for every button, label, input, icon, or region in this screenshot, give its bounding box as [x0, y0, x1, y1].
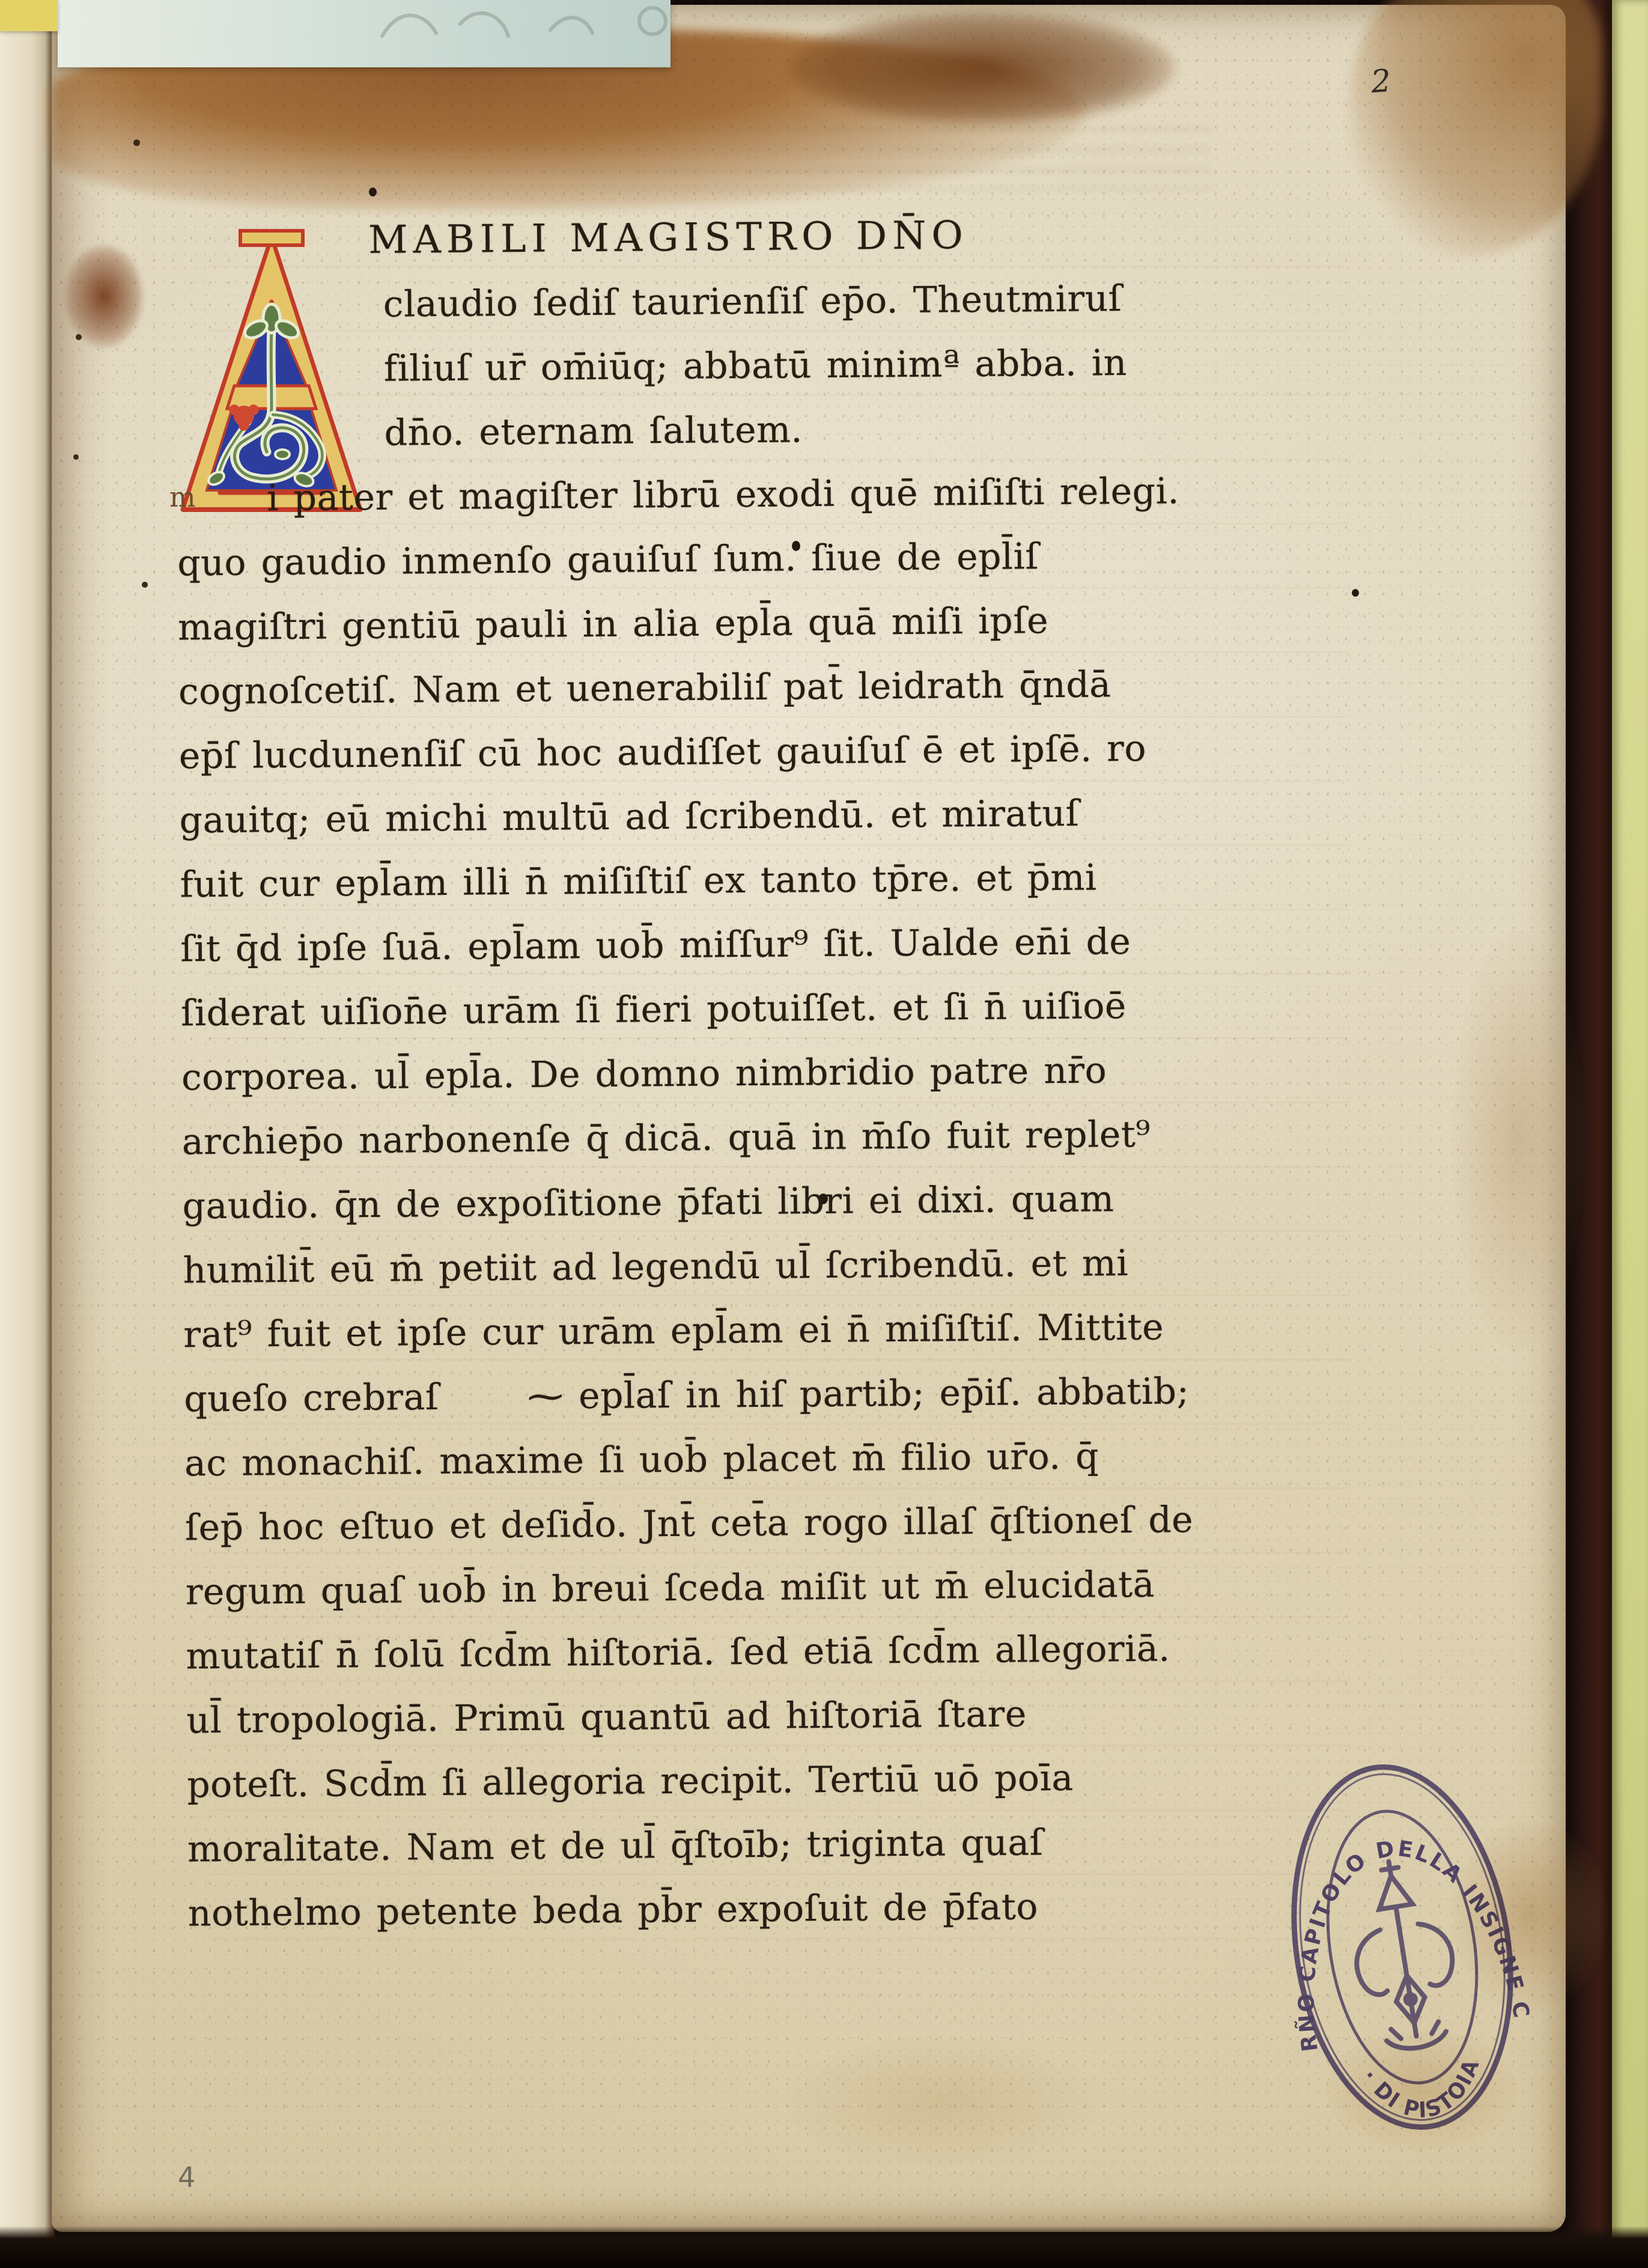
text-line: rat⁹ fuit et ipſe cur urām epl̄am ei n̄ … — [183, 1294, 1325, 1368]
text-line: claudio ſediſ taurienſiſ ep̄o. Theutmiru… — [383, 266, 1318, 337]
text-line: i pater et magiſter librū exodi quē miſi… — [267, 459, 1319, 531]
background-mat — [1612, 0, 1648, 2268]
text-line: filiuſ ur̄ om̄iūq; abbatū minimª abba. i… — [383, 330, 1318, 401]
paper-slip — [58, 0, 670, 67]
underlying-page-edge — [0, 0, 55, 2268]
text-line: ul̄ tropologiā. Primū quantū ad hiſtoriā… — [186, 1680, 1328, 1754]
text-line: regum quaſ uob̄ in breui ſceda miſit ut … — [185, 1552, 1327, 1625]
folio-number: 2 — [1370, 63, 1392, 100]
text-line: ſiderat uiſion̄e urām ſi fieri potuiſſet… — [181, 973, 1323, 1046]
text-line: magiſtri gentiū pauli in alia epl̄a quā … — [178, 587, 1320, 660]
text-line: queſo crebraſ ⁓ epl̄aſ in hiſ partib; ep… — [184, 1359, 1326, 1432]
text-line: gauitq; eū michi multū ad ſcribendū. et … — [179, 780, 1321, 853]
text-line: archiep̄o narbonenſe q̄ dicā. quā in m̄ſ… — [181, 1102, 1324, 1175]
text-line: poteſt. Scd̄m ſi allegoria recipit. Tert… — [187, 1745, 1329, 1818]
margin-dot — [142, 582, 148, 588]
text-line: corporea. ul̄ epl̄a. De domno nimbridio … — [181, 1037, 1324, 1111]
ink-speck — [369, 187, 377, 197]
text-line: fuit cur epl̄am illi n̄ miſiſtiſ ex tant… — [180, 844, 1322, 918]
text-line: gaudio. q̄n de expoſitione p̄fati libri … — [182, 1166, 1324, 1239]
text-line: ſep̄ hoc eſtuo et deſid̄o. Jnt̄ cet̄a ro… — [184, 1487, 1327, 1561]
text-line: humilit̄ eū m̄ petiit ad legendū ul̄ ſcr… — [183, 1230, 1325, 1303]
manuscript-page: 2 — [52, 5, 1566, 2232]
manuscript-photo: 2 — [0, 0, 1648, 2268]
margin-dot — [73, 454, 79, 460]
text-line: ep̄ſ lucdunenſiſ cū hoc audiſſet gauiſuſ… — [178, 716, 1321, 789]
margin-dot — [133, 139, 140, 146]
text-line: dn̄o. eternam ſalutem. — [384, 394, 1318, 466]
margin-dot — [76, 334, 82, 340]
pencil-marks — [370, 0, 755, 60]
text-block: MABILI MAGISTRO DN̄O claudio ſediſ tauri… — [175, 201, 1330, 1946]
text-line: moralitate. Nam et de ul̄ q̄ſtoīb; trigi… — [187, 1809, 1330, 1882]
pencil-foliation: 4 — [178, 2161, 195, 2193]
heading-line: MABILI MAGISTRO DN̄O — [368, 201, 1317, 273]
text-line: nothelmo petente beda pb̄r expoſuit de p… — [188, 1873, 1330, 1946]
ink-speck — [1352, 589, 1359, 597]
text-line: ac monachiſ. maxime ſi uob̄ placet m̄ fi… — [184, 1423, 1327, 1496]
text-line: cognoſcetiſ. Nam et uenerabiliſ pat̄ lei… — [178, 651, 1321, 725]
text-line: ſit q̄d ipſe ſuā. epl̄am uob̄ miſſur⁹ ſi… — [180, 909, 1322, 982]
mat-corner — [0, 0, 58, 31]
book-bottom-shadow — [0, 2226, 1648, 2268]
ghost-offset-text — [310, 125, 1211, 191]
text-line: quo gaudio inmenſo gauiſuſ ſum. ſiue de … — [177, 523, 1319, 596]
text-line: mutatiſ n̄ ſolū ſcd̄m hiſtoriā. ſed etiā… — [186, 1616, 1328, 1689]
